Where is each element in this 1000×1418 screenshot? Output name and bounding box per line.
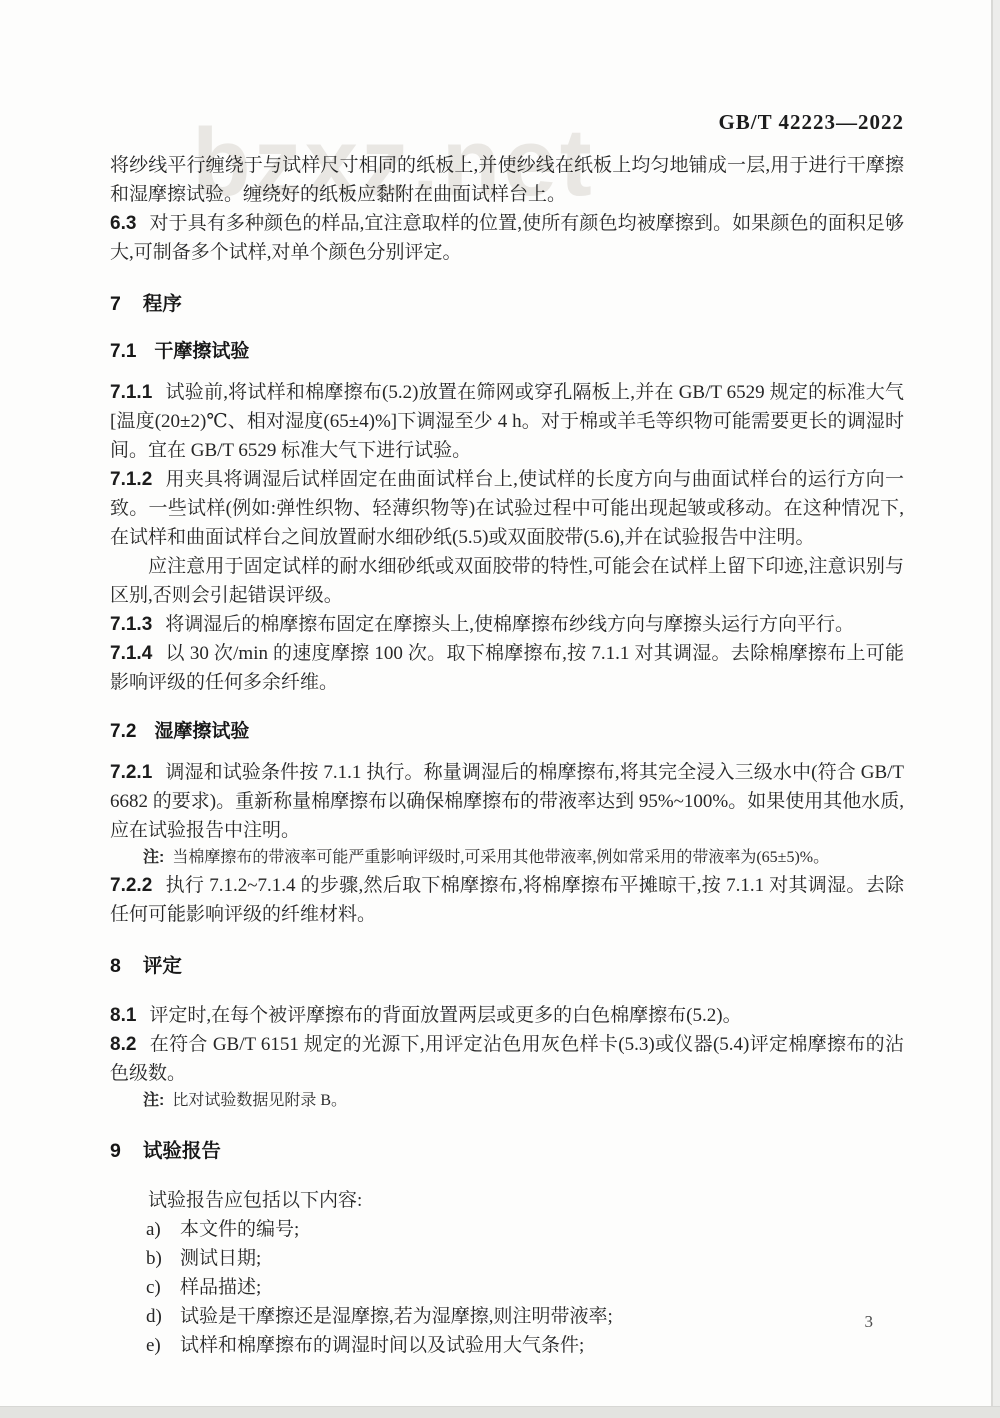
clause-text: 评定时,在每个被评摩擦布的背面放置两层或更多的白色棉摩擦布(5.2)。	[149, 1005, 741, 1026]
section-number: 9	[110, 1140, 121, 1162]
standard-code-header: GB/T 42223—2022	[110, 110, 904, 135]
subsection-heading-7-2: 7.2湿摩擦试验	[110, 719, 904, 745]
clause-7-2-1: 7.2.1调湿和试验条件按 7.1.1 执行。称量调湿后的棉摩擦布,将其完全浸入…	[110, 758, 904, 845]
clause-8-2: 8.2在符合 GB/T 6151 规定的光源下,用评定沾色用灰色样卡(5.3)或…	[110, 1030, 904, 1088]
paragraph-continued: 将纱线平行缠绕于与试样尺寸相同的纸板上,并使纱线在纸板上均匀地铺成一层,用于进行…	[110, 151, 904, 209]
report-intro: 试验报告应包括以下内容:	[110, 1186, 904, 1215]
page-content: GB/T 42223—2022 将纱线平行缠绕于与试样尺寸相同的纸板上,并使纱线…	[0, 0, 991, 1360]
section-title: 试验报告	[143, 1140, 221, 1162]
note-label: 注:	[143, 1092, 164, 1109]
subsection-title: 干摩擦试验	[154, 341, 249, 362]
list-item-d: d)试验是干摩擦还是湿摩擦,若为湿摩擦,则注明带液率;	[110, 1302, 904, 1331]
section-title: 程序	[143, 293, 182, 315]
section-heading-7: 7程序	[110, 291, 904, 317]
clause-text: 试验前,将试样和棉摩擦布(5.2)放置在筛网或穿孔隔板上,并在 GB/T 652…	[110, 382, 904, 461]
note-text: 比对试验数据见附录 B。	[172, 1092, 347, 1109]
clause-text: 将调湿后的棉摩擦布固定在摩擦头上,使棉摩擦布纱线方向与摩擦头运行方向平行。	[165, 614, 854, 635]
list-text: 样品描述;	[180, 1277, 261, 1298]
document-page: bzxz.net GB/T 42223—2022 将纱线平行缠绕于与试样尺寸相同…	[0, 0, 993, 1406]
clause-text: 对于具有多种颜色的样品,宜注意取样的位置,使所有颜色均被摩擦到。如果颜色的面积足…	[110, 213, 904, 263]
clause-number: 7.1.3	[110, 614, 152, 635]
clause-number: 7.1.1	[110, 382, 152, 403]
clause-number: 6.3	[110, 213, 136, 234]
clause-number: 7.2.1	[110, 762, 152, 783]
clause-text: 用夹具将调湿后试样固定在曲面试样台上,使试样的长度方向与曲面试样台的运行方向一致…	[110, 469, 904, 548]
list-text: 试样和棉摩擦布的调湿时间以及试验用大气条件;	[180, 1335, 584, 1356]
section-heading-9: 9试验报告	[110, 1138, 904, 1164]
list-letter: a)	[146, 1215, 180, 1244]
clause-7-1-1: 7.1.1试验前,将试样和棉摩擦布(5.2)放置在筛网或穿孔隔板上,并在 GB/…	[110, 378, 904, 465]
clause-number: 7.1.2	[110, 469, 152, 490]
note-label: 注:	[143, 849, 164, 866]
clause-text: 执行 7.1.2~7.1.4 的步骤,然后取下棉摩擦布,将棉摩擦布平摊晾干,按 …	[110, 875, 904, 925]
clause-6-3: 6.3对于具有多种颜色的样品,宜注意取样的位置,使所有颜色均被摩擦到。如果颜色的…	[110, 209, 904, 267]
scan-edge-bottom	[0, 1406, 1000, 1418]
section-heading-8: 8评定	[110, 953, 904, 979]
section-title: 评定	[143, 955, 182, 977]
clause-text: 在符合 GB/T 6151 规定的光源下,用评定沾色用灰色样卡(5.3)或仪器(…	[110, 1034, 904, 1084]
section-number: 8	[110, 955, 121, 977]
list-text: 测试日期;	[180, 1248, 261, 1269]
list-item-b: b)测试日期;	[110, 1244, 904, 1273]
list-item-c: c)样品描述;	[110, 1273, 904, 1302]
clause-text: 以 30 次/min 的速度摩擦 100 次。取下棉摩擦布,按 7.1.1 对其…	[110, 643, 904, 693]
list-letter: e)	[146, 1331, 180, 1360]
section-number: 7	[110, 293, 121, 315]
clause-text: 调湿和试验条件按 7.1.1 执行。称量调湿后的棉摩擦布,将其完全浸入三级水中(…	[110, 762, 904, 841]
clause-number: 7.1.4	[110, 643, 152, 664]
note-annex-b: 注:比对试验数据见附录 B。	[110, 1088, 904, 1114]
note-text: 当棉摩擦布的带液率可能严重影响评级时,可采用其他带液率,例如常采用的带液率为(6…	[172, 849, 829, 866]
clause-8-1: 8.1评定时,在每个被评摩擦布的背面放置两层或更多的白色棉摩擦布(5.2)。	[110, 1001, 904, 1030]
note-liquid-pickup: 注:当棉摩擦布的带液率可能严重影响评级时,可采用其他带液率,例如常采用的带液率为…	[110, 845, 904, 871]
clause-number: 7.2.2	[110, 875, 152, 896]
list-item-e: e)试样和棉摩擦布的调湿时间以及试验用大气条件;	[110, 1331, 904, 1360]
paragraph-note-sandpaper: 应注意用于固定试样的耐水细砂纸或双面胶带的特性,可能会在试样上留下印迹,注意识别…	[110, 552, 904, 610]
subsection-number: 7.2	[110, 721, 136, 742]
list-item-a: a)本文件的编号;	[110, 1215, 904, 1244]
clause-7-1-3: 7.1.3将调湿后的棉摩擦布固定在摩擦头上,使棉摩擦布纱线方向与摩擦头运行方向平…	[110, 610, 904, 639]
clause-number: 8.1	[110, 1005, 136, 1026]
list-text: 本文件的编号;	[180, 1219, 299, 1240]
clause-7-2-2: 7.2.2执行 7.1.2~7.1.4 的步骤,然后取下棉摩擦布,将棉摩擦布平摊…	[110, 871, 904, 929]
list-text: 试验是干摩擦还是湿摩擦,若为湿摩擦,则注明带液率;	[180, 1306, 613, 1327]
list-letter: b)	[146, 1244, 180, 1273]
clause-7-1-4: 7.1.4以 30 次/min 的速度摩擦 100 次。取下棉摩擦布,按 7.1…	[110, 639, 904, 697]
clause-number: 8.2	[110, 1034, 136, 1055]
list-letter: d)	[146, 1302, 180, 1331]
subsection-title: 湿摩擦试验	[154, 721, 249, 742]
page-number: 3	[865, 1312, 874, 1332]
subsection-number: 7.1	[110, 341, 136, 362]
subsection-heading-7-1: 7.1干摩擦试验	[110, 339, 904, 365]
clause-7-1-2: 7.1.2用夹具将调湿后试样固定在曲面试样台上,使试样的长度方向与曲面试样台的运…	[110, 465, 904, 552]
list-letter: c)	[146, 1273, 180, 1302]
